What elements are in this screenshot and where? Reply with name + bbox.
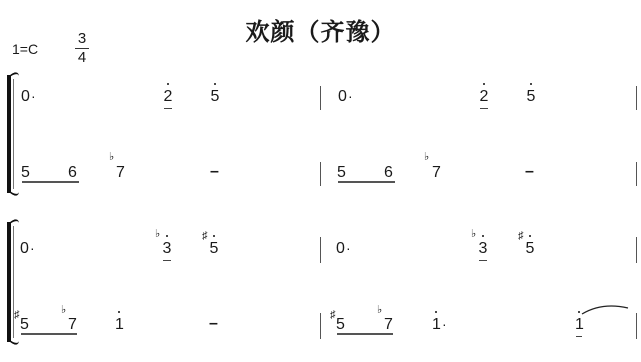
sustain-dash: – (210, 163, 219, 181)
note: 5 (209, 240, 219, 258)
barline (320, 237, 321, 263)
time-numerator: 3 (78, 30, 86, 47)
note: 7 (384, 316, 393, 334)
augmentation-dot: · (348, 88, 353, 104)
barline (636, 313, 637, 339)
beam-underline (22, 181, 79, 183)
sharp-accidental: ♯ (14, 310, 20, 321)
note: 2 (479, 88, 489, 106)
augmentation-dot: · (31, 88, 36, 104)
barline (636, 237, 637, 263)
augmentation-dot: · (30, 240, 35, 256)
rest-note: 0 (338, 88, 347, 106)
barline (320, 86, 321, 110)
flat-accidental: ♭ (424, 152, 429, 163)
note: 1 (432, 316, 440, 334)
bracket-bottom-hook (7, 184, 19, 198)
note: 7 (116, 164, 125, 182)
beam-underline (337, 333, 393, 335)
note: 5 (336, 316, 345, 334)
rest-note: 0 (20, 240, 29, 258)
augmentation-dot: · (442, 316, 447, 332)
barline (320, 313, 321, 339)
note: 6 (384, 164, 393, 182)
flat-accidental: ♭ (155, 229, 160, 240)
beam-underline (21, 333, 77, 335)
note: 1 (575, 316, 583, 334)
note: 3 (162, 240, 172, 258)
note: 5 (337, 164, 346, 182)
flat-accidental: ♭ (61, 305, 66, 316)
sharp-accidental: ♯ (202, 231, 208, 242)
beam-underline (338, 181, 395, 183)
sustain-dash: – (209, 315, 218, 333)
flat-accidental: ♭ (471, 229, 476, 240)
sharp-accidental: ♯ (330, 310, 336, 321)
note: 6 (68, 164, 77, 182)
sharp-accidental: ♯ (518, 231, 524, 242)
barline (636, 162, 637, 186)
rest-note: 0 (336, 240, 345, 258)
note: 5 (20, 316, 29, 334)
bracket-bar (7, 222, 11, 342)
note: 1 (115, 316, 123, 334)
note: 5 (525, 240, 535, 258)
bracket-thin-line (13, 226, 14, 338)
rest-note: 0 (21, 88, 30, 106)
system-2-bracket (5, 222, 19, 342)
key-signature: 1=C (12, 41, 38, 57)
bracket-bar (7, 75, 11, 193)
bracket-bottom-hook (7, 333, 19, 347)
augmentation-dot: · (346, 240, 351, 256)
flat-accidental: ♭ (109, 152, 114, 163)
time-denominator: 4 (78, 49, 86, 66)
note: 7 (432, 164, 441, 182)
note: 3 (478, 240, 488, 258)
flat-accidental: ♭ (377, 305, 382, 316)
note: 5 (210, 88, 220, 106)
note: 5 (526, 88, 536, 106)
barline (636, 86, 637, 110)
time-signature: 3 4 (74, 30, 90, 67)
system-1-bracket (5, 75, 19, 193)
bracket-thin-line (13, 79, 14, 189)
song-title: 欢颜（齐豫） (0, 12, 641, 47)
note: 5 (21, 164, 30, 182)
tie-arc-icon (580, 302, 632, 316)
note: 2 (163, 88, 173, 106)
barline (320, 162, 321, 186)
sustain-dash: – (525, 163, 534, 181)
note: 7 (68, 316, 77, 334)
